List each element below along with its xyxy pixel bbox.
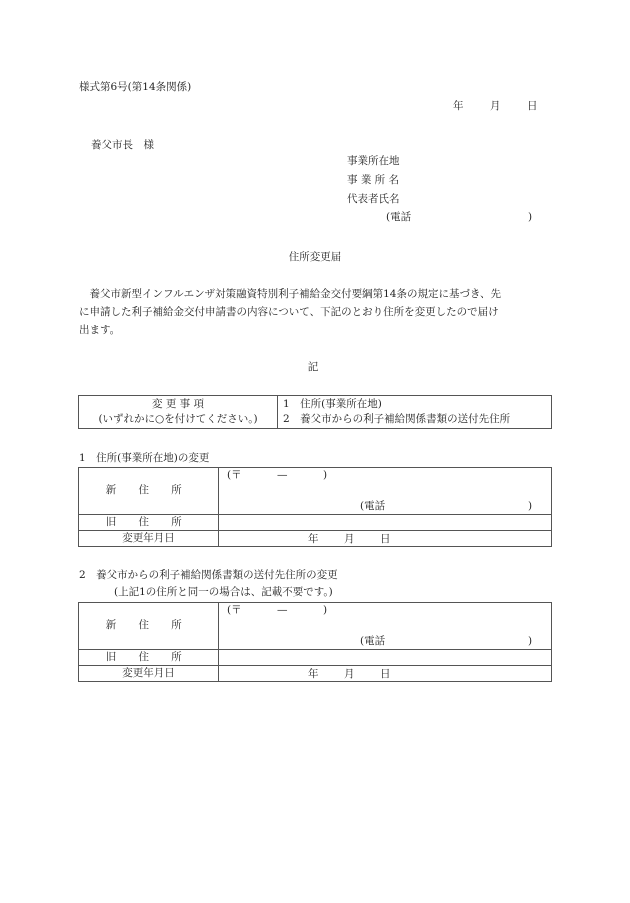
section2-year-label: 年 [308, 669, 319, 680]
representative-label: 代表者氏名 [347, 194, 400, 205]
section2-phone-close: ) [528, 636, 532, 647]
section1-postal-close: ) [323, 470, 327, 481]
section1-old-address-field[interactable] [219, 515, 552, 531]
section2-phone-open: (電話 [360, 636, 385, 647]
section2-new-address-field[interactable]: (〒 — ) (電話 ) [219, 603, 552, 650]
section1-postal-open: (〒 [227, 470, 242, 481]
addressee: 養父市長 様 [91, 140, 154, 151]
section2-change-date-field[interactable]: 年 月 日 [219, 666, 552, 682]
section2-postal-open: (〒 [227, 605, 242, 616]
applicant-phone-close: ) [528, 212, 532, 223]
section1-year-label: 年 [308, 534, 319, 545]
section2-old-address-label: 旧 住 所 [79, 650, 219, 666]
section2-day-label: 日 [380, 669, 391, 680]
section1-month-label: 月 [344, 534, 355, 545]
section1-heading: 1 住所(事業所在地)の変更 [79, 453, 209, 464]
section1-new-address-label: 新 住 所 [79, 468, 219, 515]
change-items-options-cell: 1 住所(事業所在地) 2 養父市からの利子補給関係書類の送付先住所 [278, 396, 552, 429]
section2-postal-dash: — [277, 605, 288, 616]
section1-postal-dash: — [277, 470, 288, 481]
office-name-label: 事 業 所 名 [347, 175, 399, 186]
section2-postal-close: ) [323, 605, 327, 616]
date-month-label: 月 [490, 101, 501, 112]
body-line-1: 養父市新型インフルエンザ対策融資特別利子補給金交付要綱第14条の規定に基づき、先 [79, 289, 501, 300]
section2-new-address-label: 新 住 所 [79, 603, 219, 650]
change-items-header-line1: 変 更 事 項 [79, 397, 277, 412]
section2-heading: 2 養父市からの利子補給関係書類の送付先住所の変更 [79, 570, 338, 581]
section1-phone-open: (電話 [360, 501, 385, 512]
date-year-label: 年 [453, 101, 464, 112]
change-items-header-cell: 変 更 事 項 (いずれかに○を付けてください。) [79, 396, 278, 429]
body-line-2: に申請した利子補給金交付申請書の内容について、下記のとおり住所を変更したので届け [79, 307, 499, 318]
change-option-1[interactable]: 1 住所(事業所在地) [283, 397, 551, 412]
section1-day-label: 日 [380, 534, 391, 545]
date-day-label: 日 [527, 101, 538, 112]
section2-table: 新 住 所 (〒 — ) (電話 ) 旧 住 所 変更年月日 年 月 日 [78, 602, 552, 682]
change-items-table: 変 更 事 項 (いずれかに○を付けてください。) 1 住所(事業所在地) 2 … [78, 395, 552, 429]
change-option-2[interactable]: 2 養父市からの利子補給関係書類の送付先住所 [283, 412, 551, 427]
section1-phone-close: ) [528, 501, 532, 512]
applicant-phone-open: (電話 [386, 212, 411, 223]
office-address-label: 事業所在地 [347, 156, 400, 167]
document-title: 住所変更届 [0, 252, 630, 263]
ki-label: 記 [0, 362, 626, 373]
section1-new-address-field[interactable]: (〒 — ) (電話 ) [219, 468, 552, 515]
section1-table: 新 住 所 (〒 — ) (電話 ) 旧 住 所 変更年月日 年 月 日 [78, 467, 552, 547]
change-items-header-line2: (いずれかに○を付けてください。) [79, 412, 277, 427]
section2-note: (上記1の住所と同一の場合は、記載不要です。) [114, 587, 333, 598]
section1-old-address-label: 旧 住 所 [79, 515, 219, 531]
section1-change-date-field[interactable]: 年 月 日 [219, 531, 552, 547]
form-number: 様式第6号(第14条関係) [79, 82, 191, 93]
section1-change-date-label: 変更年月日 [79, 531, 219, 547]
section2-old-address-field[interactable] [219, 650, 552, 666]
section2-month-label: 月 [344, 669, 355, 680]
section2-change-date-label: 変更年月日 [79, 666, 219, 682]
body-line-3: 出ます。 [79, 325, 120, 336]
